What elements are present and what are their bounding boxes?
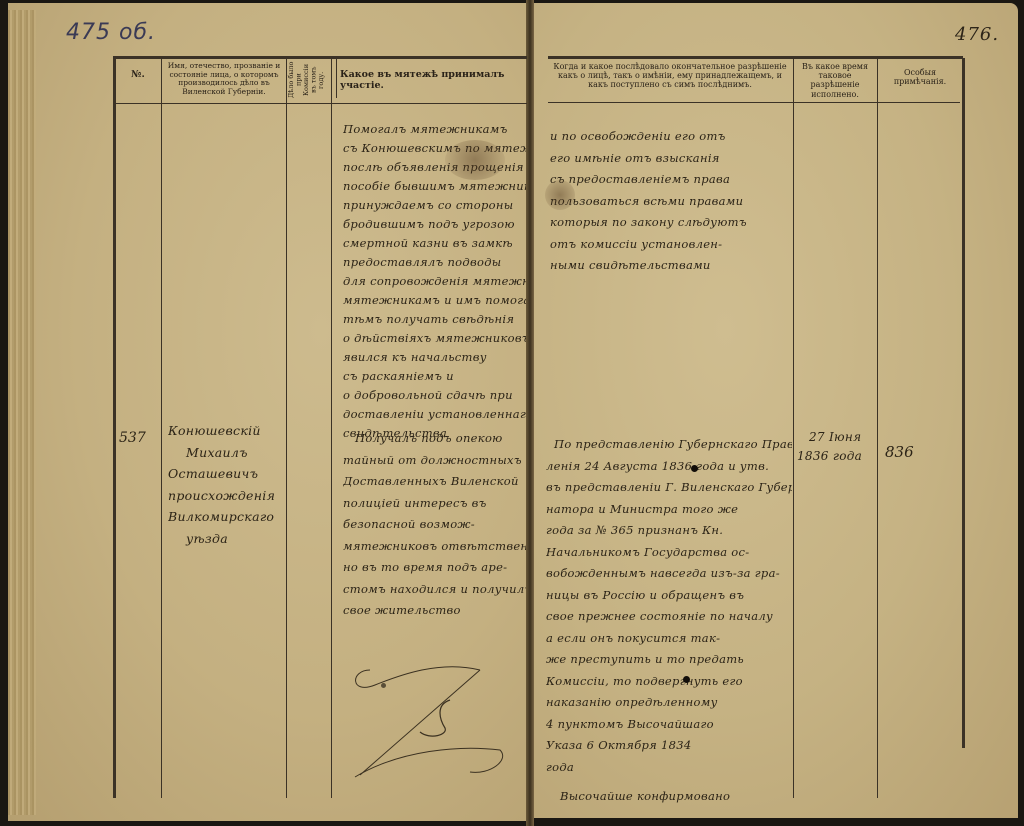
entry-continued-resolution: и по освобожденіи его отъ его имѣніе отъ…	[550, 126, 790, 277]
header-case-year: Дѣло было при Комиссіи въ томъ году.	[288, 60, 330, 100]
ink-stain	[445, 140, 505, 180]
ledger-spread: 475 об. 476. №. Имя, отечество, прозвані…	[0, 0, 1024, 826]
book-gutter	[526, 0, 534, 826]
page-edges	[8, 10, 36, 815]
rule-col-executed	[877, 58, 878, 798]
header-participation: Какое въ мятежѣ принималъ участіе.	[340, 70, 530, 92]
entry-executed-date: 27 Іюня 1836 года	[797, 428, 877, 466]
header-name: Имя, отечество, прозваніе и состояніе ли…	[164, 62, 284, 97]
header-bottom-rule-left	[113, 103, 527, 104]
entry-notes: 836	[885, 443, 914, 461]
folio-right: 476.	[955, 24, 999, 45]
rule-left-outer	[113, 58, 116, 798]
rule-col-year	[331, 58, 332, 798]
header-bottom-rule-right	[548, 102, 960, 103]
entry-name: Конюшевскій Михаилъ Осташевичъ происхожд…	[168, 420, 284, 549]
header-executed: Въ какое время таковое разрѣшеніе исполн…	[795, 62, 875, 99]
header-notes: Особыя примѣчанія.	[879, 68, 961, 86]
rule-col-name	[286, 58, 287, 798]
paper-hole	[683, 676, 690, 683]
rule-col-year-b	[336, 58, 337, 98]
entry-number: 537	[119, 430, 146, 446]
paper-hole	[691, 465, 698, 472]
rule-col-number	[161, 58, 162, 798]
paper-hole	[381, 683, 386, 688]
entry-resolution: По представленію Губернскаго Прав- ленія…	[546, 434, 792, 808]
header-top-rule-right	[548, 56, 963, 59]
header-resolution: Когда и какое послѣдовало окончательное …	[548, 62, 792, 90]
ink-stain	[545, 180, 575, 210]
cancellation-flourish-icon	[340, 640, 520, 780]
header-top-rule-left	[113, 56, 527, 59]
folio-left: 475 об.	[66, 20, 156, 45]
rule-col-resolution	[793, 58, 794, 798]
rule-right-outer	[962, 58, 965, 748]
entry-participation: Получалъ подъ опекою тайный от должностн…	[343, 428, 526, 622]
header-number: №.	[116, 70, 160, 81]
